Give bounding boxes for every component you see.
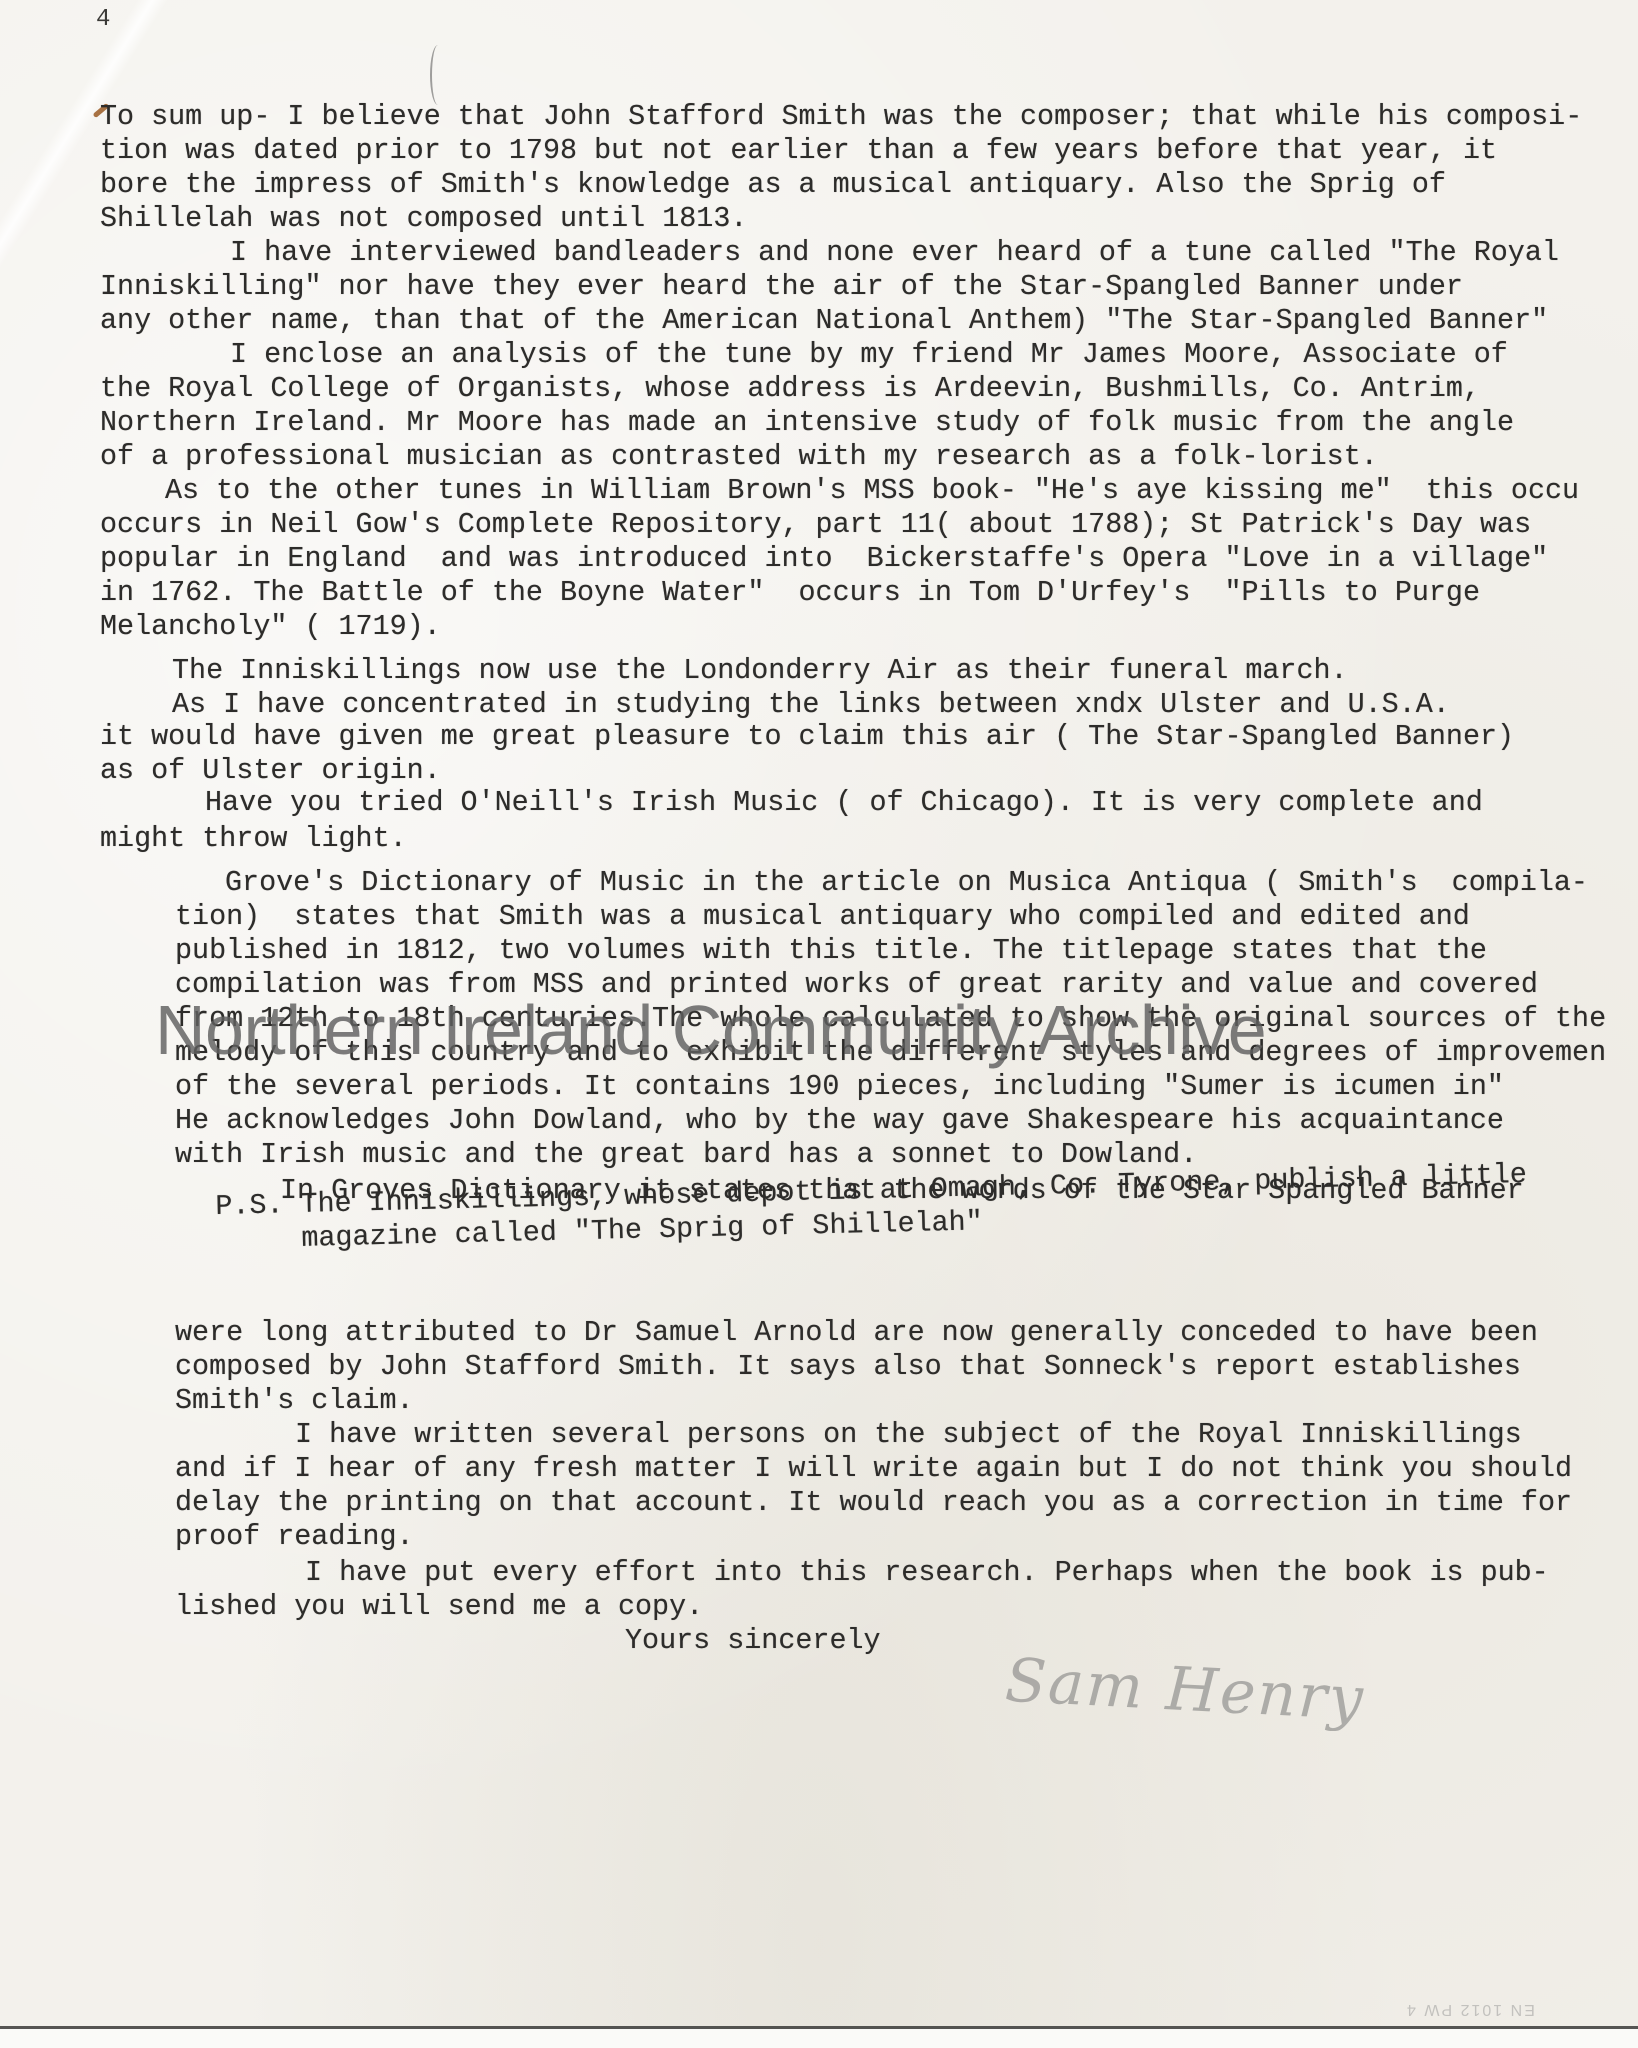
letter-line: melody of this country and to exhibit th… [175,1036,1606,1070]
letter-line: and if I hear of any fresh matter I will… [175,1452,1572,1486]
letter-line: with Irish music and the great bard has … [175,1138,1197,1172]
letter-line: As I have concentrated in studying the l… [172,688,1450,722]
letter-line: composed by John Stafford Smith. It says… [175,1350,1521,1384]
letter-line: Smith's claim. [175,1384,414,1418]
letter-line: delay the printing on that account. It w… [175,1486,1572,1520]
letter-line: Shillelah was not composed until 1813. [100,202,747,236]
letter-line: He acknowledges John Dowland, who by the… [175,1104,1504,1138]
letter-line: were long attributed to Dr Samuel Arnold… [175,1316,1538,1350]
letter-line: Melancholy" ( 1719). [100,610,441,644]
letter-line: of the several periods. It contains 190 … [175,1070,1504,1104]
reverse-stamp-text: EN 1012 PW 4 [1405,2000,1535,2018]
letter-line: I have put every effort into this resear… [305,1556,1549,1590]
letter-line: As to the other tunes in William Brown's… [165,474,1579,508]
letter-line: tion was dated prior to 1798 but not ear… [100,134,1497,168]
letter-line: Grove's Dictionary of Music in the artic… [225,866,1588,900]
letter-line: Northern Ireland. Mr Moore has made an i… [100,406,1514,440]
letter-line: Yours sincerely [625,1624,881,1658]
letter-line: The Inniskillings now use the Londonderr… [172,654,1348,688]
letter-line: from 12th to 18th centuries.The whole ca… [175,1002,1606,1036]
letter-line: of a professional musician as contrasted… [100,440,1378,474]
letter-line: as of Ulster origin. [100,754,441,788]
letter-line: I have written several persons on the su… [295,1418,1522,1452]
page-bottom-edge [0,2026,1638,2029]
letter-line: in 1762. The Battle of the Boyne Water" … [100,576,1480,610]
letter-line: Inniskilling" nor have they ever heard t… [100,270,1463,304]
postscript-block: P.S. The Inniskillings, whose depot is a… [215,1158,1528,1258]
letter-line: Have you tried O'Neill's Irish Music ( o… [205,786,1483,820]
letter-line: I have interviewed bandleaders and none … [230,236,1559,270]
page-number: 4 [96,6,110,33]
letter-line: lished you will send me a copy. [175,1590,703,1624]
letter-line: To sum up- I believe that John Stafford … [100,100,1582,134]
letter-line: published in 1812, two volumes with this… [175,934,1487,968]
letter-line: bore the impress of Smith's knowledge as… [100,168,1446,202]
letter-line: occurs in Neil Gow's Complete Repository… [100,508,1531,542]
letter-line: the Royal College of Organists, whose ad… [100,372,1480,406]
letter-line: popular in England and was introduced in… [100,542,1548,576]
letter-line: proof reading. [175,1520,414,1554]
letter-line: any other name, than that of the America… [100,304,1548,338]
letter-line: tion) states that Smith was a musical an… [175,900,1470,934]
letter-line: compilation was from MSS and printed wor… [175,968,1538,1002]
letter-line: it would have given me great pleasure to… [100,720,1514,754]
pencil-mark [430,45,446,105]
scan-background [0,2029,1638,2048]
letter-line: I enclose an analysis of the tune by my … [230,338,1508,372]
handwritten-signature: Sam Henry [1003,1646,1366,1735]
letter-line: might throw light. [100,822,407,856]
